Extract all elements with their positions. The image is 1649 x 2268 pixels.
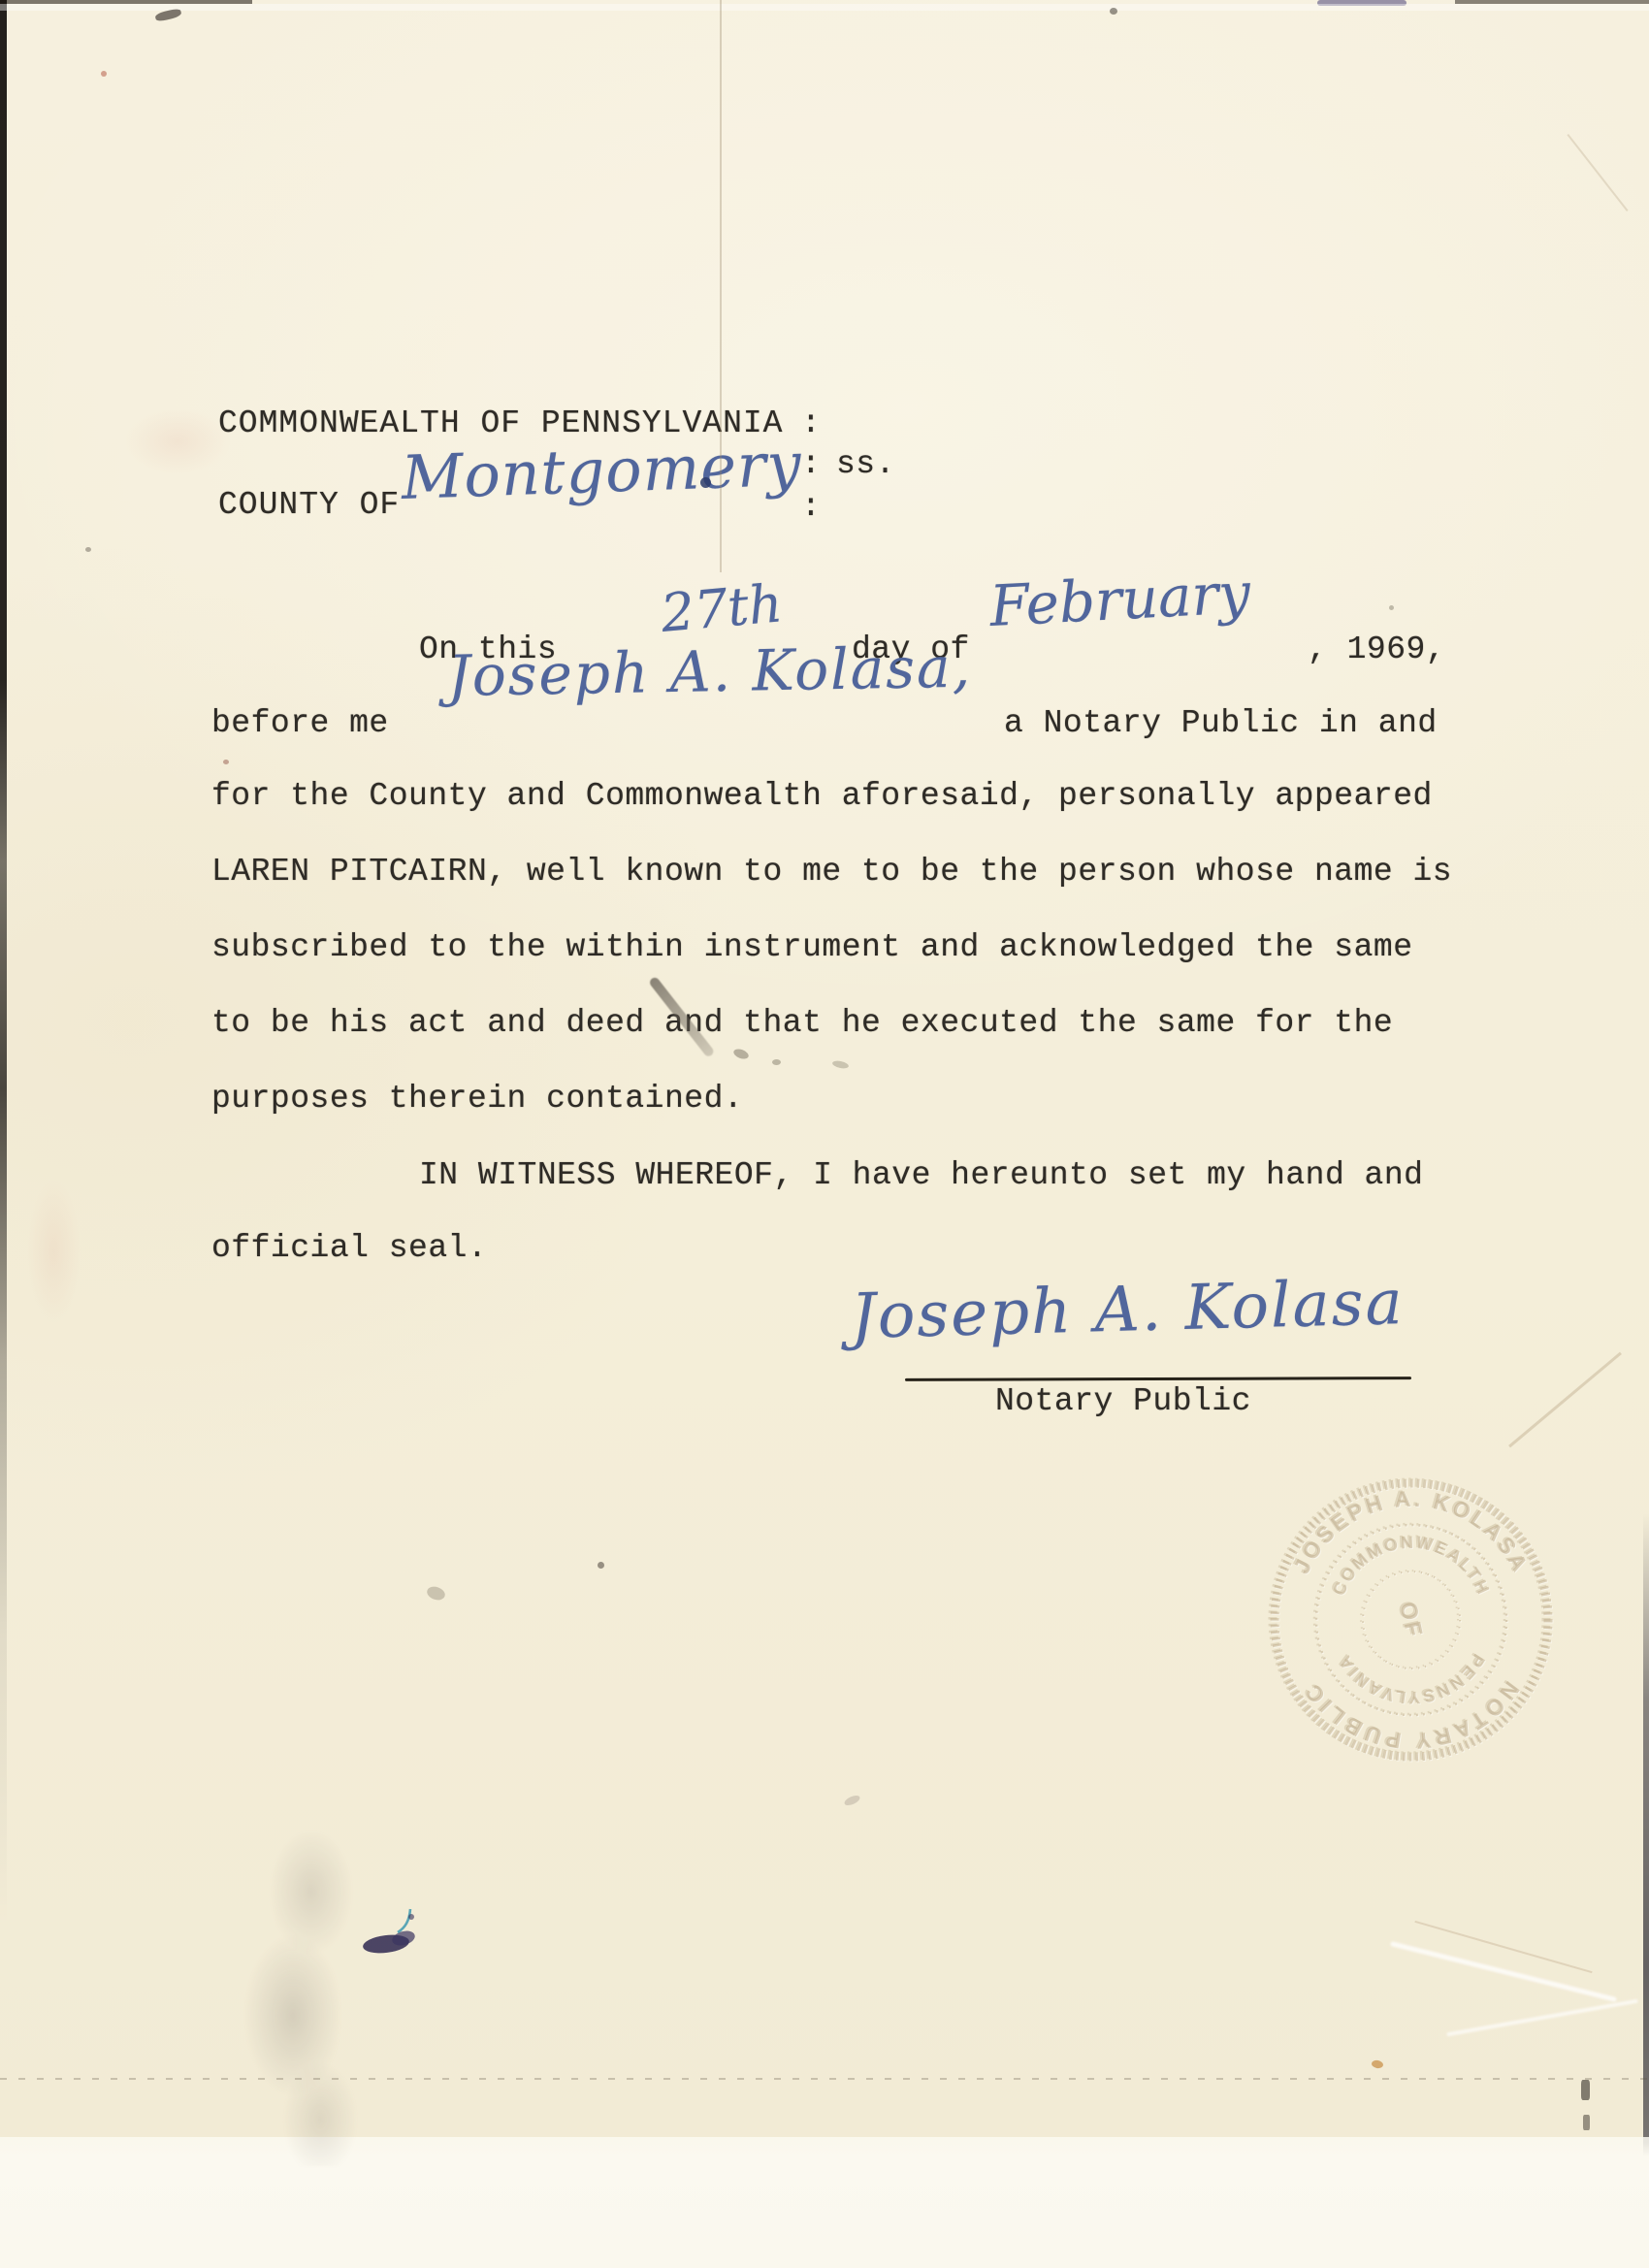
wrinkle-highlight-1 xyxy=(1390,1941,1617,2002)
speck-right-upper xyxy=(1389,605,1394,610)
graphite-speck-2 xyxy=(772,1059,781,1065)
graphite-speck-3 xyxy=(831,1059,849,1069)
body-notary-clause: a Notary Public in and xyxy=(1004,707,1438,739)
seal-text-inner-bottom: PENNSYLVANIA xyxy=(1334,1651,1488,1708)
wrinkle-highlight-2 xyxy=(1446,1999,1638,2037)
pink-smear-2 xyxy=(27,1179,81,1324)
speck-red-left xyxy=(223,760,229,764)
ink-blot xyxy=(357,1901,435,1961)
header-colon-1: : xyxy=(801,407,821,439)
scanned-notary-document-page: COMMONWEALTH OF PENNSYLVANIA : : ss. COU… xyxy=(0,0,1649,2268)
top-edge-light-sliver xyxy=(0,4,1649,11)
notary-embossed-seal-icon: JOSEPH A. KOLASA NOTARY PUBLIC COMMONWEA… xyxy=(1264,1473,1559,1767)
header-county-of: COUNTY OF xyxy=(218,489,400,521)
handwritten-notary-name-inline: Joseph A. Kolasa, xyxy=(447,639,972,704)
signature-underline xyxy=(905,1377,1411,1381)
pink-smear-1 xyxy=(124,407,231,475)
body-line-3: for the County and Commonwealth aforesai… xyxy=(211,780,1433,812)
body-line-9: official seal. xyxy=(211,1232,487,1264)
body-line-4: LAREN PITCAIRN, well known to me to be t… xyxy=(211,856,1452,888)
scan-edge-top-right xyxy=(1455,0,1649,4)
speck-red-top-left xyxy=(101,71,107,77)
body-year: , 1969, xyxy=(1308,633,1445,665)
bottom-light-band xyxy=(0,2137,1649,2268)
scan-edge-right xyxy=(1643,1513,1649,2268)
wrinkle-shadow-line xyxy=(1414,1921,1592,1973)
header-ss: ss. xyxy=(836,448,895,480)
speck-mid-1 xyxy=(598,1562,604,1569)
scan-edge-left xyxy=(0,0,7,2268)
right-edge-crease-2 xyxy=(1567,134,1628,211)
seal-text-outer-top: JOSEPH A. KOLASA xyxy=(1288,1486,1534,1578)
svg-text:JOSEPH A. KOLASA: JOSEPH A. KOLASA xyxy=(1288,1486,1534,1578)
body-line-6: to be his act and deed and that he execu… xyxy=(211,1007,1393,1039)
body-line-7: purposes therein contained. xyxy=(211,1083,743,1115)
bottom-left-stain xyxy=(202,1831,430,2166)
graphite-speck-1 xyxy=(732,1048,750,1061)
gray-blob-mid xyxy=(425,1584,446,1602)
speck-top-left xyxy=(154,8,181,22)
handwritten-month: February xyxy=(988,565,1251,634)
scan-edge-top-left xyxy=(0,0,252,4)
orange-speck xyxy=(1371,2059,1383,2069)
speck-left-mid xyxy=(85,547,91,552)
horizontal-crease xyxy=(0,2078,1649,2080)
scan-edge-bottom xyxy=(0,2263,1649,2266)
seal-text-center-of: OF xyxy=(1394,1600,1427,1640)
body-line-8: IN WITNESS WHEREOF, I have hereunto set … xyxy=(419,1159,1423,1191)
svg-text:COMMONWEALTH: COMMONWEALTH xyxy=(1329,1533,1494,1599)
handwritten-county-name: Montgomery xyxy=(401,435,803,508)
body-line-5: subscribed to the within instrument and … xyxy=(211,931,1413,963)
notary-signature-handwritten: Joseph A. Kolasa xyxy=(850,1272,1405,1348)
body-before-me: before me xyxy=(211,707,389,739)
top-edge-purple-smudge xyxy=(1317,0,1406,6)
right-edge-crease-1 xyxy=(1508,1352,1622,1448)
header-colon-2: : xyxy=(801,448,821,480)
svg-text:PENNSYLVANIA: PENNSYLVANIA xyxy=(1334,1651,1488,1708)
header-colon-3: : xyxy=(801,491,821,523)
dark-dash-right-1 xyxy=(1581,2080,1590,2100)
speck-top-center xyxy=(1110,8,1117,15)
gray-blob-low xyxy=(843,1794,861,1807)
signature-title: Notary Public xyxy=(995,1385,1251,1417)
dark-dash-right-2 xyxy=(1583,2115,1590,2130)
handwritten-day: 27th xyxy=(659,577,784,640)
seal-text-inner-top: COMMONWEALTH xyxy=(1329,1533,1494,1599)
